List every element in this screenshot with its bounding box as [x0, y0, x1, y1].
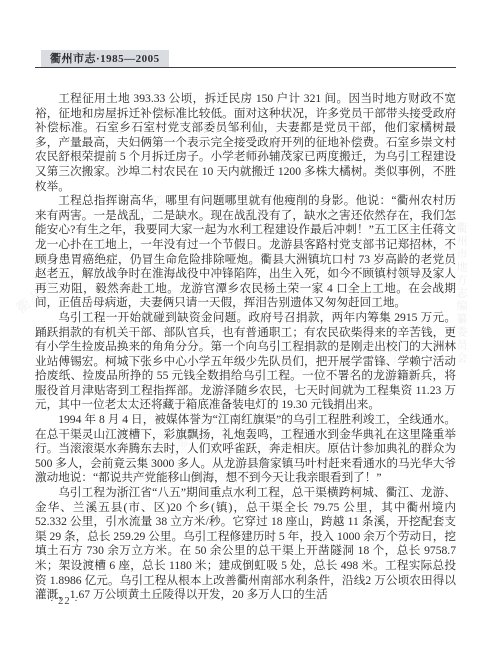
book-title: 衢州市志·1985—2005	[50, 53, 160, 65]
paragraph: 工程总指挥谢高华，哪里有问题哪里就有他瘦削的身影。他说：“衢州农村历来有两害。一…	[35, 194, 456, 311]
paragraph: 乌引工程一开始就碰到缺资金问题。政府号召捐款，两年内筹集 2915 万元。踊跃捐…	[35, 311, 456, 413]
book-page: 衢州市志·1985—2005 衢州市地方志编纂委员会 衢州市地方志编纂委员会 衢…	[0, 0, 480, 655]
header-title-box: 衢州市志·1985—2005	[41, 50, 169, 67]
page-number: · 22 ·	[50, 596, 79, 607]
page-header-rule: 衢州市志·1985—2005	[35, 51, 456, 68]
body-text: 工程征用土地 393.33 公顷，拆迁民房 150 户计 321 间。因当时地方…	[35, 92, 456, 603]
paragraph: 1994 年 8 月 4 日，被媒体誉为“江南红旗渠”的乌引工程胜利竣工，全线通…	[35, 413, 456, 486]
paragraph: 乌引工程为浙江省“八五”期间重点水利工程，总干渠横跨柯城、衢江、龙游、金华、兰溪…	[35, 486, 456, 603]
paragraph: 工程征用土地 393.33 公顷，拆迁民房 150 户计 321 间。因当时地方…	[35, 92, 456, 194]
